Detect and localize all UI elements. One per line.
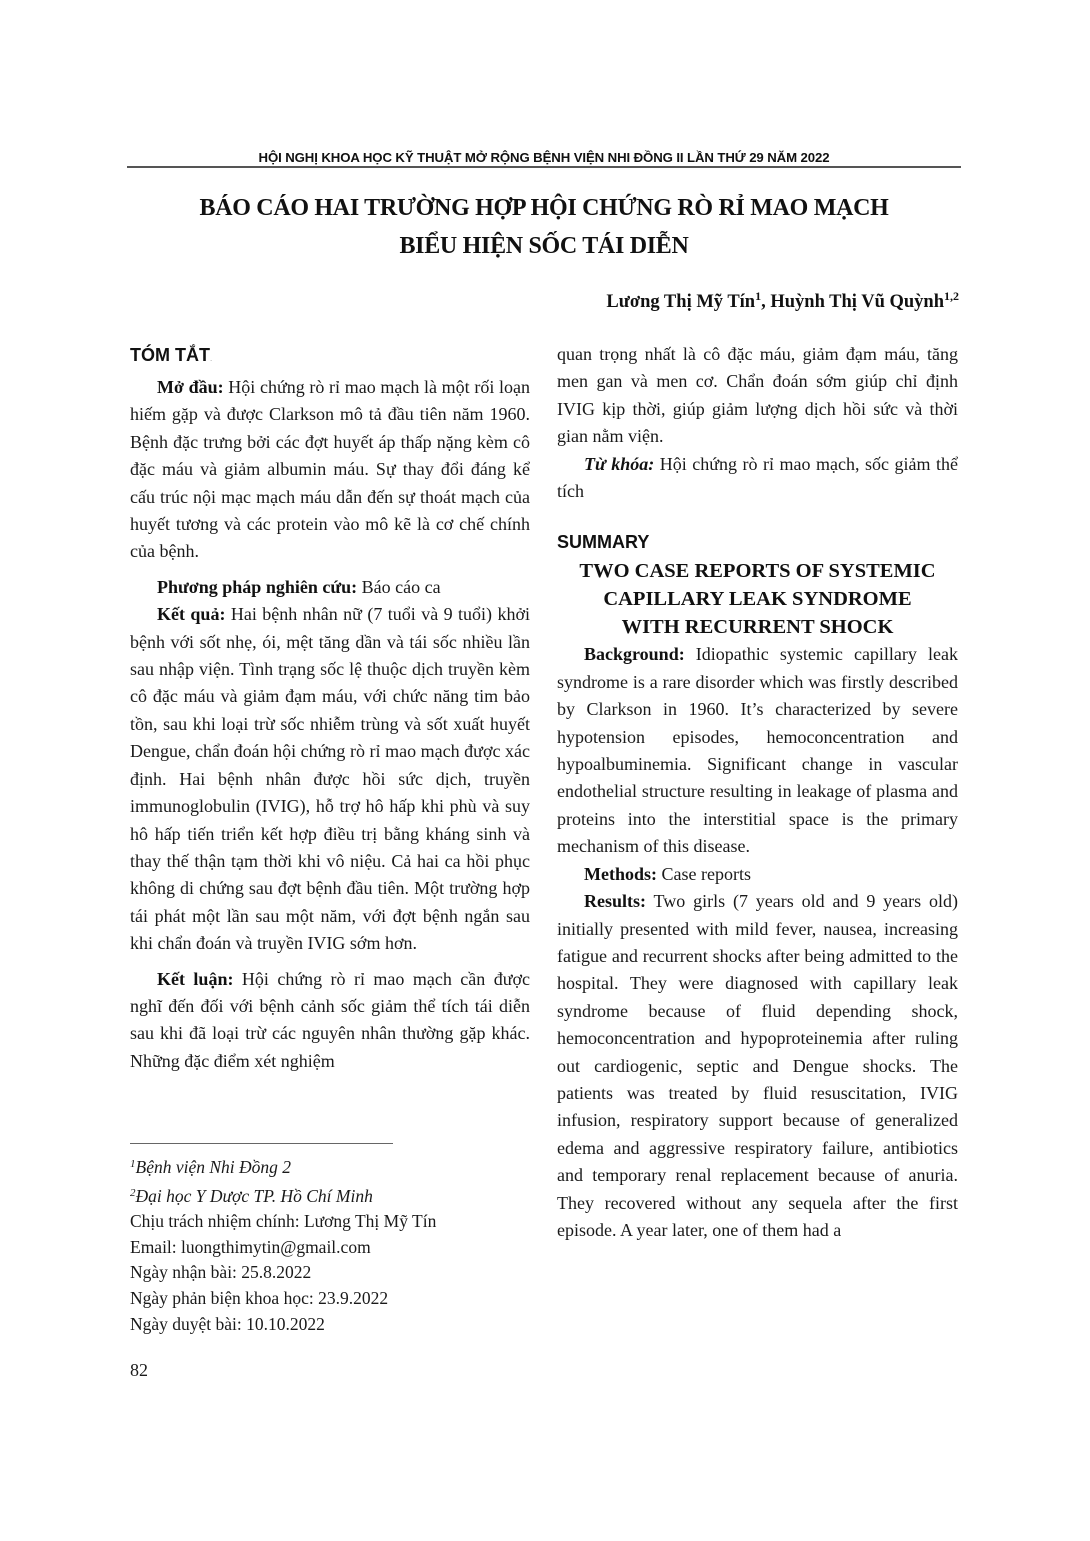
abstract-vi-results: Kết quả: Hai bệnh nhân nữ (7 tuổi và 9 t… — [130, 601, 530, 957]
section-label: Mở đầu: — [157, 377, 224, 397]
section-label: Background: — [584, 644, 685, 664]
author-affiliation-mark: 1,2 — [944, 289, 959, 303]
running-header: HỘI NGHỊ KHOA HỌC KỸ THUẬT MỞ RỘNG BỆNH … — [127, 150, 961, 165]
section-text: Case reports — [657, 864, 751, 884]
section-label: Kết luận: — [157, 969, 233, 989]
section-label: Phương pháp nghiên cứu: — [157, 577, 357, 597]
footnote-rule — [130, 1143, 393, 1144]
author-separator: , — [761, 292, 770, 312]
page-number: 82 — [130, 1360, 148, 1381]
left-column: TÓM TẮT. Mở đầu: Hội chứng rò rỉ mao mạc… — [130, 340, 530, 1075]
abstract-vi-methods: Phương pháp nghiên cứu: Báo cáo ca — [130, 574, 530, 601]
corresponding-author: Chịu trách nhiệm chính: Lương Thị Mỹ Tín — [130, 1209, 550, 1235]
section-text: Two girls (7 years old and 9 years old) … — [557, 891, 958, 1240]
corresponding-email[interactable]: Email: luongthimytin@gmail.com — [130, 1235, 550, 1261]
paper-title: BÁO CÁO HAI TRƯỜNG HỢP HỘI CHỨNG RÒ RỈ M… — [127, 189, 961, 265]
author-name: Huỳnh Thị Vũ Quỳnh — [770, 292, 944, 312]
abstract-vi-heading: TÓM TẮT. — [130, 340, 530, 374]
heading-dot: . — [210, 354, 212, 363]
paper-title-line-2: BIỂU HIỆN SỐC TÁI DIỄN — [127, 227, 961, 265]
header-rule — [127, 166, 961, 168]
abstract-vi-keywords: Từ khóa: Hội chứng rò rỉ mao mạch, sốc g… — [557, 451, 958, 506]
english-title-line: WITH RECURRENT SHOCK — [557, 613, 958, 641]
affiliation-footnote: 1Bệnh viện Nhi Đồng 2 — [130, 1152, 550, 1181]
section-label: Results: — [584, 891, 646, 911]
date-reviewed: Ngày phản biện khoa học: 23.9.2022 — [130, 1286, 550, 1312]
abstract-vi-conclusion: Kết luận: Hội chứng rò rỉ mao mạch cần đ… — [130, 966, 530, 1076]
author-name: Lương Thị Mỹ Tín — [606, 292, 755, 312]
abstract-en-methods: Methods: Case reports — [557, 861, 958, 888]
date-accepted: Ngày duyệt bài: 10.10.2022 — [130, 1312, 550, 1338]
date-received: Ngày nhận bài: 25.8.2022 — [130, 1260, 550, 1286]
section-label: Kết quả: — [157, 604, 225, 624]
abstract-vi-background: Mở đầu: Hội chứng rò rỉ mao mạch là một … — [130, 374, 530, 566]
section-text: Idiopathic systemic capillary leak syndr… — [557, 644, 958, 856]
section-text: Hội chứng rò rỉ mao mạch là một rối loạn… — [130, 377, 530, 561]
keywords-label: Từ khóa: — [584, 454, 654, 474]
summary-heading: SUMMARY — [557, 527, 958, 557]
section-text: Hai bệnh nhân nữ (7 tuổi và 9 tuổi) khởi… — [130, 604, 530, 953]
section-text: Báo cáo ca — [357, 577, 440, 597]
affiliation-footnote: 2Đại học Y Dược TP. Hồ Chí Minh — [130, 1181, 550, 1210]
right-column: quan trọng nhất là cô đặc máu, giảm đạm … — [557, 341, 958, 1244]
abstract-en-results: Results: Two girls (7 years old and 9 ye… — [557, 888, 958, 1244]
section-label: Methods: — [584, 864, 657, 884]
abstract-en-background: Background: Idiopathic systemic capillar… — [557, 641, 958, 860]
english-title-line: TWO CASE REPORTS OF SYSTEMIC — [557, 557, 958, 585]
abstract-vi-conclusion-continued: quan trọng nhất là cô đặc máu, giảm đạm … — [557, 341, 958, 451]
author-list: Lương Thị Mỹ Tín1, Huỳnh Thị Vũ Quỳnh1,2 — [606, 289, 959, 313]
paper-title-line-1: BÁO CÁO HAI TRƯỜNG HỢP HỘI CHỨNG RÒ RỈ M… — [127, 189, 961, 227]
english-title: TWO CASE REPORTS OF SYSTEMIC CAPILLARY L… — [557, 557, 958, 641]
english-title-line: CAPILLARY LEAK SYNDROME — [557, 585, 958, 613]
footnotes: 1Bệnh viện Nhi Đồng 2 2Đại học Y Dược TP… — [130, 1152, 550, 1337]
